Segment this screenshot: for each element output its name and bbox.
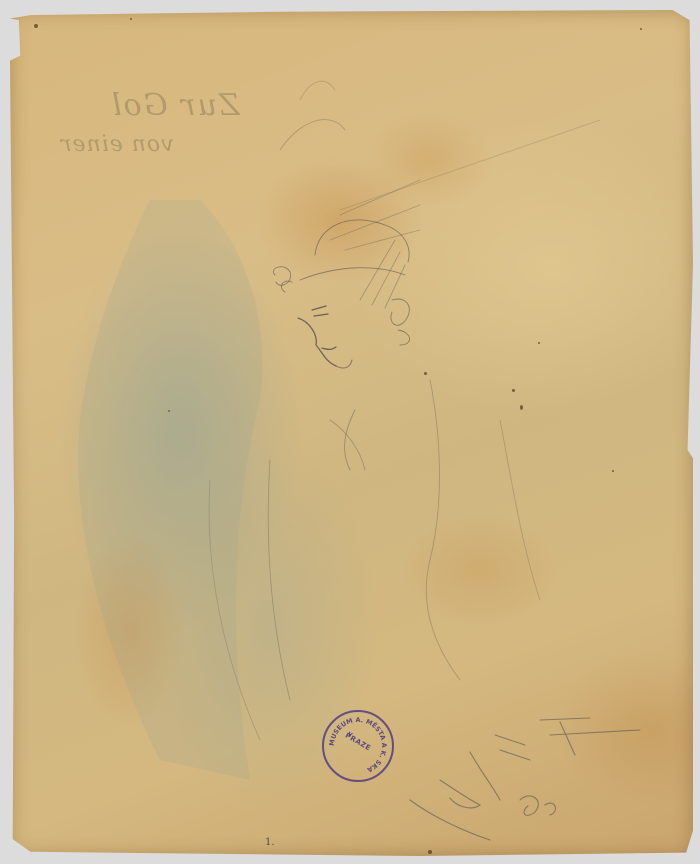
scanned-artwork: Zur Gol von einer: [0, 0, 700, 864]
corner-mark: 1.: [265, 837, 275, 848]
pencil-inscription: 1.: [0, 0, 700, 864]
